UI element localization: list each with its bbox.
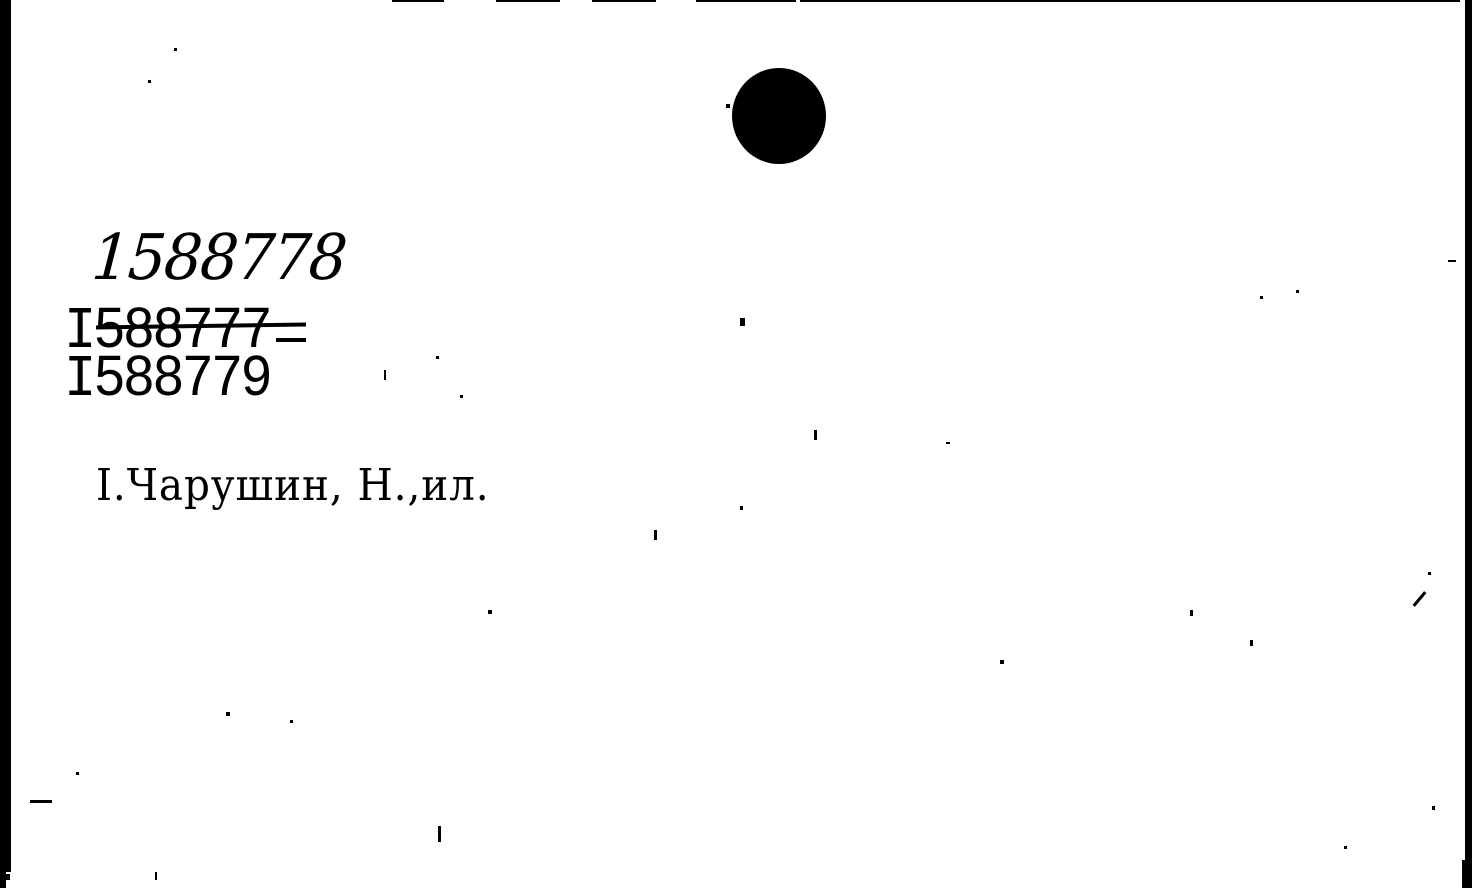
scan-speck xyxy=(1000,660,1004,664)
scan-edge-left xyxy=(0,0,11,872)
scan-speck xyxy=(174,48,177,51)
scan-speck xyxy=(1190,610,1193,616)
scan-speck xyxy=(148,80,151,83)
scan-edge-top-segment xyxy=(496,0,560,2)
scan-speck xyxy=(1250,640,1253,646)
handwritten-inventory-number: 1588778 xyxy=(90,224,348,291)
scan-speck xyxy=(1413,591,1427,607)
inventory-number: I588779 xyxy=(64,350,270,412)
scan-speck xyxy=(226,712,230,716)
scan-edge-right xyxy=(1465,0,1472,888)
scan-speck xyxy=(436,356,439,359)
scan-speck xyxy=(290,720,293,723)
scan-edge-right-bottom xyxy=(1462,860,1472,888)
catalog-card: 1588778 I588777 I588779 I.Чарушин, Н.,ил… xyxy=(0,0,1472,888)
punch-hole xyxy=(732,68,826,164)
scan-speck xyxy=(740,506,743,510)
scan-speck xyxy=(460,395,463,398)
scan-speck xyxy=(30,800,52,803)
scan-speck xyxy=(4,874,10,880)
scan-speck xyxy=(438,826,441,842)
scan-edge-top-segment xyxy=(392,0,444,2)
scan-speck xyxy=(76,772,79,775)
scan-speck xyxy=(654,530,657,540)
scan-speck xyxy=(1260,296,1263,299)
strike-through-dash xyxy=(276,338,306,342)
scan-speck xyxy=(946,442,950,444)
scan-speck xyxy=(1428,572,1431,575)
scan-speck xyxy=(1448,260,1456,262)
scan-speck xyxy=(814,430,817,440)
scan-edge-top-segment xyxy=(800,0,1460,2)
scan-speck xyxy=(1432,806,1435,810)
scan-speck xyxy=(488,610,492,614)
scan-speck xyxy=(155,872,157,880)
scan-speck xyxy=(1344,846,1347,849)
scan-speck xyxy=(384,370,386,380)
scan-speck xyxy=(1296,290,1299,293)
scan-speck xyxy=(740,318,745,326)
scan-speck xyxy=(726,104,730,108)
author-entry: I.Чарушин, Н.,ил. xyxy=(96,460,490,512)
scan-edge-top-segment xyxy=(592,0,656,2)
scan-edge-top-segment xyxy=(696,0,796,2)
